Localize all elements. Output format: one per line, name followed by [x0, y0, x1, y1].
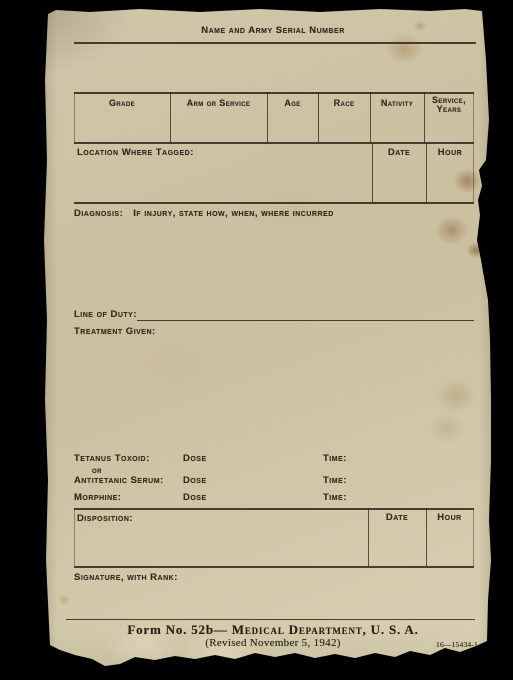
- treatment-given-label: Treatment Given:: [74, 326, 156, 337]
- column-header-nativity: Nativity: [370, 98, 424, 108]
- signature-with-rank-label: Signature, with Rank:: [74, 572, 178, 583]
- location-date-label: Date: [372, 147, 426, 158]
- morphine-dose-label: Dose: [183, 492, 207, 503]
- form-content: Name and Army Serial Number Grade Arm or…: [0, 0, 513, 680]
- antitetanic-time-label: Time:: [323, 475, 347, 486]
- antitetanic-dose-label: Dose: [183, 475, 207, 486]
- antitetanic-serum-label: Antitetanic Serum:: [74, 475, 164, 486]
- info-table-bottom-border: [74, 142, 474, 144]
- location-hour-label: Hour: [426, 147, 474, 158]
- disposition-hour-label: Hour: [426, 512, 473, 523]
- revision-date: (Revised November 5, 1942): [70, 637, 476, 649]
- column-header-service-years: Service, Years: [424, 96, 474, 114]
- footer-separator-line: [66, 619, 475, 620]
- column-header-race: Race: [318, 98, 370, 108]
- form-title: Name and Army Serial Number: [70, 25, 476, 36]
- disposition-box-bottom-border: [74, 566, 474, 568]
- column-header-grade: Grade: [74, 98, 170, 108]
- diagnosis-row: Diagnosis:If injury, state how, when, wh…: [74, 208, 334, 219]
- name-entry-line: [74, 42, 476, 44]
- form-number: Form No. 52b—: [127, 622, 227, 637]
- service-years-line2: Years: [437, 104, 462, 114]
- disposition-date-label: Date: [368, 512, 426, 523]
- column-header-arm-or-service: Arm or Service: [170, 98, 267, 108]
- line-of-duty-entry-line: [137, 320, 474, 321]
- disposition-box-right-border: [473, 508, 474, 566]
- tetanus-time-label: Time:: [323, 453, 347, 464]
- or-conjunction-label: or: [92, 465, 102, 475]
- morphine-time-label: Time:: [323, 492, 347, 503]
- diagnosis-note: If injury, state how, when, where incurr…: [133, 208, 333, 219]
- location-row-bottom-border: [74, 202, 474, 204]
- disposition-box-left-border: [74, 508, 75, 566]
- tetanus-dose-label: Dose: [183, 453, 207, 464]
- department-name: Medical Department, U. S. A.: [232, 622, 419, 637]
- line-of-duty-label: Line of Duty:: [74, 309, 137, 320]
- column-header-age: Age: [267, 98, 318, 108]
- scanned-form-page: Name and Army Serial Number Grade Arm or…: [0, 0, 513, 680]
- location-where-tagged-label: Location Where Tagged:: [77, 147, 194, 158]
- diagnosis-label: Diagnosis:: [74, 208, 123, 219]
- morphine-label: Morphine:: [74, 492, 121, 503]
- print-code: 16—15434-1: [424, 640, 478, 649]
- info-table-top-border: [74, 92, 474, 94]
- footer-form-line: Form No. 52b— Medical Department, U. S. …: [70, 622, 476, 638]
- disposition-label: Disposition:: [77, 513, 133, 524]
- disposition-box-top-border: [74, 508, 474, 510]
- tetanus-toxoid-label: Tetanus Toxoid:: [74, 453, 150, 464]
